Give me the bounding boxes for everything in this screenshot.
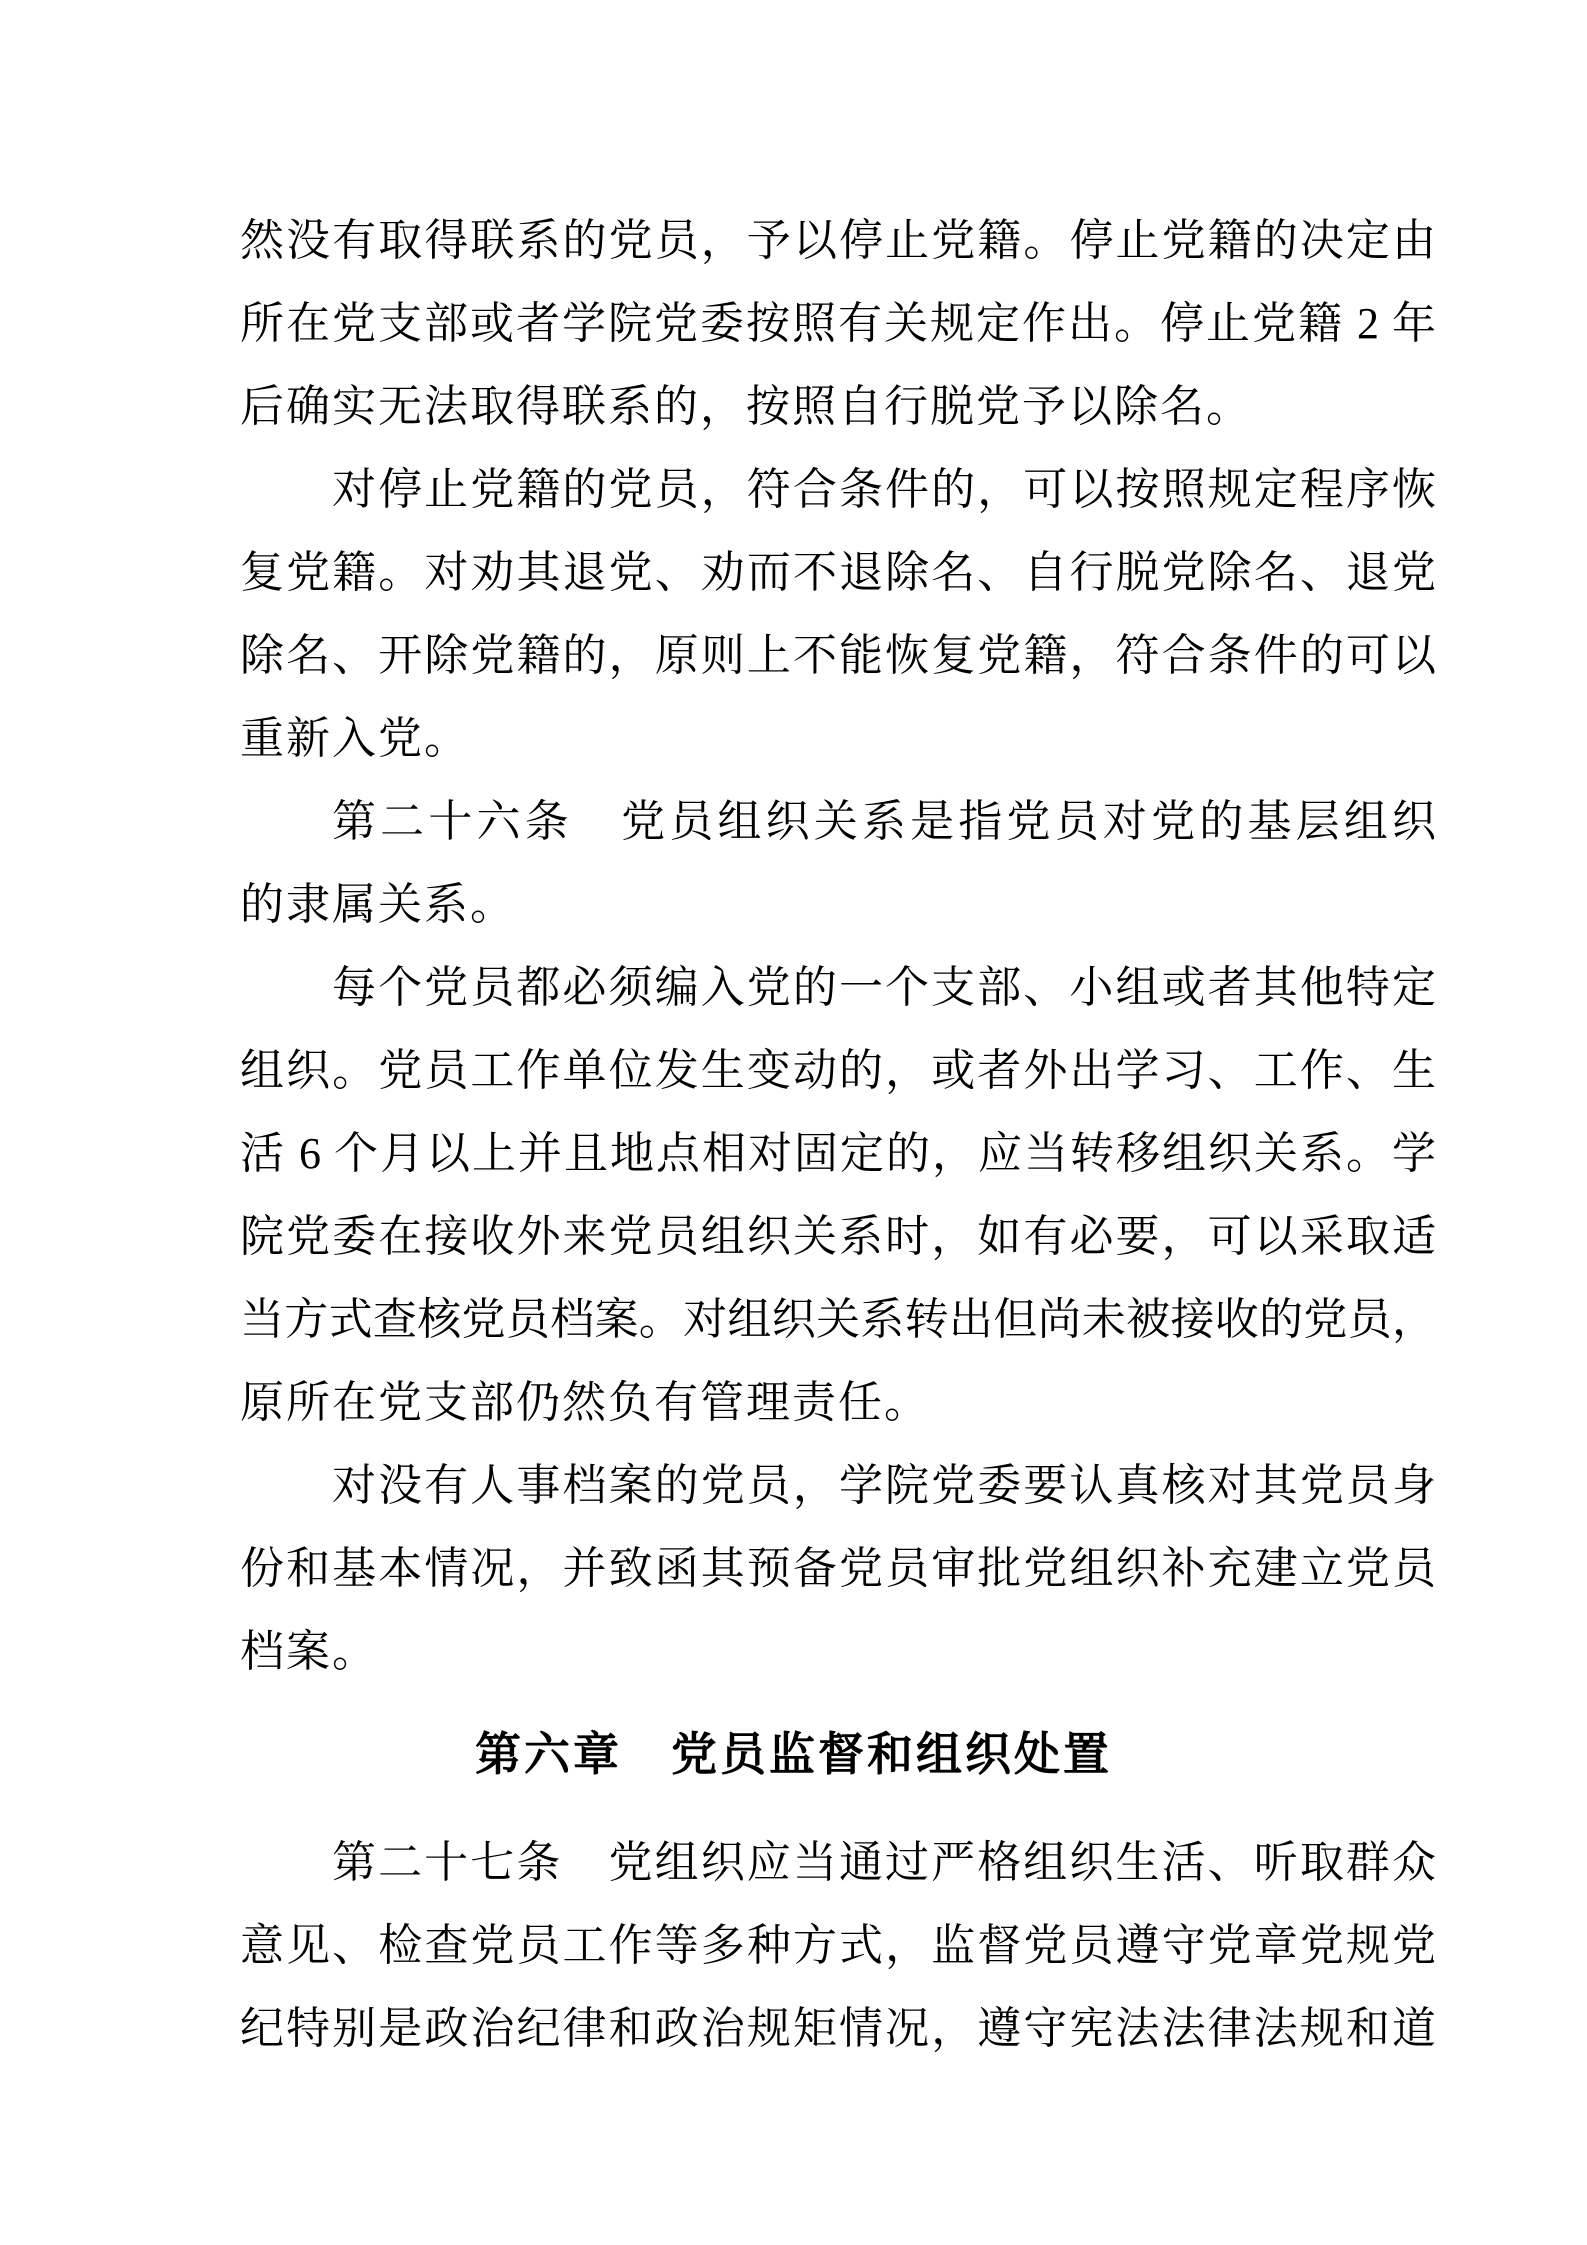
text-line: 每个党员都必须编入党的一个支部、小组或者其他特定 xyxy=(240,962,1436,1022)
text-line: 对停止党籍的党员，符合条件的，可以按照规定程序恢 xyxy=(240,464,1436,524)
chapter-heading: 第六章 党员监督和组织处置 xyxy=(0,1726,1587,1782)
text-line: 原所在党支部仍然负有管理责任。 xyxy=(240,1377,1436,1437)
text-line: 意见、检查党员工作等多种方式，监督党员遵守党章党规党 xyxy=(240,1920,1436,1980)
text-line: 重新入党。 xyxy=(240,713,1436,773)
text-line: 除名、开除党籍的，原则上不能恢复党籍，符合条件的可以 xyxy=(240,630,1436,690)
text-line: 的隶属关系。 xyxy=(240,879,1436,939)
text-line: 档案。 xyxy=(240,1626,1436,1686)
text-line-article-27: 第二十七条 党组织应当通过严格组织生活、听取群众 xyxy=(240,1837,1436,1897)
text-line: 后确实无法取得联系的，按照自行脱党予以除名。 xyxy=(240,381,1436,441)
text-line: 对没有人事档案的党员，学院党委要认真核对其党员身 xyxy=(240,1460,1436,1520)
text-line: 纪特别是政治纪律和政治规矩情况，遵守宪法法律法规和道 xyxy=(240,2003,1436,2063)
text-line: 活 6 个月以上并且地点相对固定的，应当转移组织关系。学 xyxy=(240,1128,1436,1188)
text-line: 复党籍。对劝其退党、劝而不退除名、自行脱党除名、退党 xyxy=(240,547,1436,607)
text-line: 然没有取得联系的党员，予以停止党籍。停止党籍的决定由 xyxy=(240,215,1436,275)
text-line-article-26: 第二十六条 党员组织关系是指党员对党的基层组织 xyxy=(240,796,1436,856)
text-line: 组织。党员工作单位发生变动的，或者外出学习、工作、生 xyxy=(240,1045,1436,1105)
text-line: 院党委在接收外来党员组织关系时，如有必要，可以采取适 xyxy=(240,1211,1436,1271)
document-page: 然没有取得联系的党员，予以停止党籍。停止党籍的决定由 所在党支部或者学院党委按照… xyxy=(0,0,1587,2245)
text-line: 所在党支部或者学院党委按照有关规定作出。停止党籍 2 年 xyxy=(240,298,1436,358)
text-line: 当方式查核党员档案。对组织关系转出但尚未被接收的党员， xyxy=(240,1294,1436,1354)
text-line: 份和基本情况，并致函其预备党员审批党组织补充建立党员 xyxy=(240,1543,1436,1603)
